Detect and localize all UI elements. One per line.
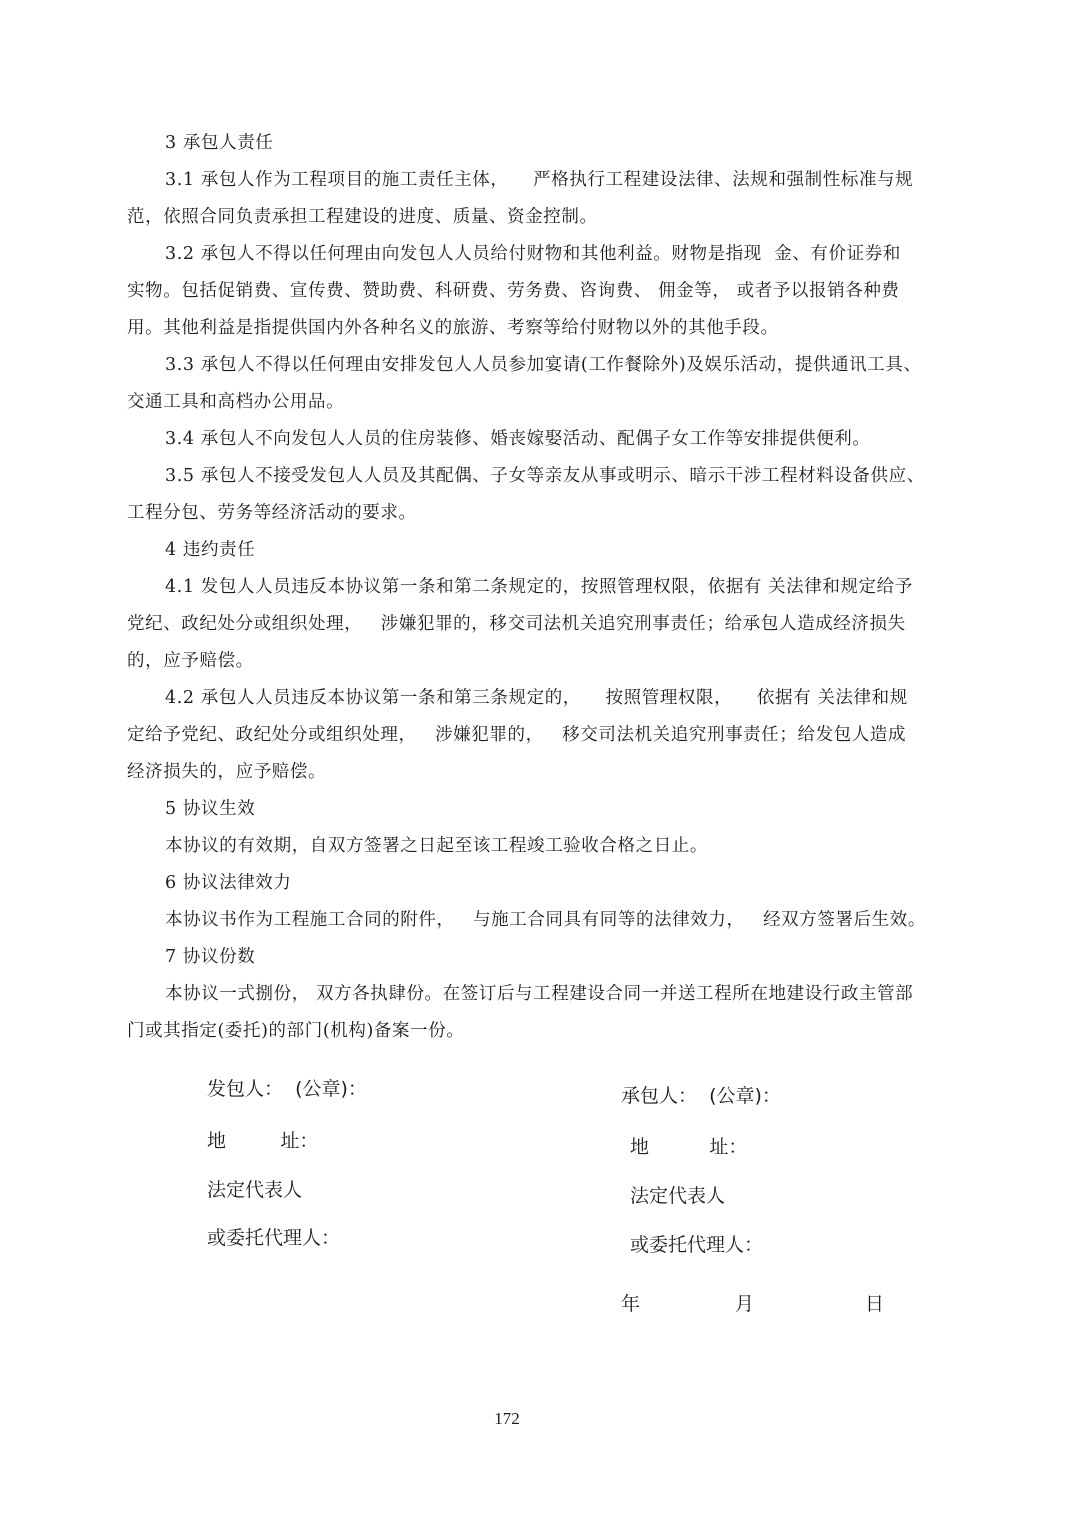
section-6-body: 本协议书作为工程施工合同的附件， 与施工合同具有同等的法律效力， 经双方签署后生… [165, 909, 926, 931]
section-7-line-2: 门或其指定(委托)的部门(机构)备案一份。 [127, 1020, 464, 1042]
section-heading-7: 7 协议份数 [165, 946, 255, 968]
clause-3-1-line-1: 3.1 承包人作为工程项目的施工责任主体， 严格执行工程建设法律、法规和强制性标… [165, 169, 913, 191]
contractor-seal-label: 承包人： (公章)： [621, 1084, 781, 1108]
date-month-label: 月 [735, 1292, 754, 1316]
section-heading-3: 3 承包人责任 [165, 132, 273, 154]
employer-seal-label: 发包人： (公章)： [207, 1077, 367, 1101]
clause-4-2-line-3: 经济损失的，应予赔偿。 [127, 761, 326, 783]
clause-4-1-line-3: 的，应予赔偿。 [127, 650, 254, 672]
employer-legal-rep-label: 法定代表人 [207, 1178, 302, 1202]
section-heading-4: 4 违约责任 [165, 539, 255, 561]
clause-3-1-line-2: 范，依照合同负责承担工程建设的进度、质量、资金控制。 [127, 206, 598, 228]
clause-3-2-line-3: 用。其他利益是指提供国内外各种名义的旅游、考察等给付财物以外的其他手段。 [127, 317, 779, 339]
contractor-address-label: 地 址： [630, 1135, 747, 1159]
page-number: 172 [0, 1409, 1014, 1429]
clause-4-1-line-2: 党纪、政纪处分或组织处理， 涉嫌犯罪的，移交司法机关追究刑事责任；给承包人造成经… [127, 613, 906, 635]
section-heading-5: 5 协议生效 [165, 798, 255, 820]
date-day-label: 日 [865, 1292, 884, 1316]
clause-3-5-line-1: 3.5 承包人不接受发包人人员及其配偶、子女等亲友从事或明示、暗示干涉工程材料设… [165, 465, 925, 487]
contractor-agent-label: 或委托代理人： [630, 1233, 763, 1257]
clause-4-2-line-2: 定给予党纪、政纪处分或组织处理， 涉嫌犯罪的， 移交司法机关追究刑事责任；给发包… [127, 724, 906, 746]
document-page: 3 承包人责任 3.1 承包人作为工程项目的施工责任主体， 严格执行工程建设法律… [0, 0, 1074, 1520]
clause-4-2-line-1: 4.2 承包人人员违反本协议第一条和第三条规定的， 按照管理权限， 依据有 关法… [165, 687, 908, 709]
clause-3-4-line-1: 3.4 承包人不向发包人人员的住房装修、婚丧嫁娶活动、配偶子女工作等安排提供便利… [165, 428, 871, 450]
contractor-legal-rep-label: 法定代表人 [630, 1184, 725, 1208]
section-7-line-1: 本协议一式捌份， 双方各执肆份。在签订后与工程建设合同一并送工程所在地建设行政主… [165, 983, 913, 1005]
clause-3-3-line-1: 3.3 承包人不得以任何理由安排发包人人员参加宴请(工作餐除外)及娱乐活动，提供… [165, 354, 922, 376]
clause-3-2-line-1: 3.2 承包人不得以任何理由向发包人人员给付财物和其他利益。财物是指现 金、有价… [165, 243, 901, 265]
clause-4-1-line-1: 4.1 发包人人员违反本协议第一条和第二条规定的，按照管理权限，依据有 关法律和… [165, 576, 913, 598]
date-year-label: 年 [621, 1292, 640, 1316]
clause-3-2-line-2: 实物。包括促销费、宣传费、赞助费、科研费、劳务费、咨询费、 佣金等， 或者予以报… [127, 280, 900, 302]
section-5-body: 本协议的有效期，自双方签署之日起至该工程竣工验收合格之日止。 [165, 835, 708, 857]
section-heading-6: 6 协议法律效力 [165, 872, 292, 894]
clause-3-3-line-2: 交通工具和高档办公用品。 [127, 391, 344, 413]
clause-3-5-line-2: 工程分包、劳务等经济活动的要求。 [127, 502, 417, 524]
employer-address-label: 地 址： [207, 1129, 318, 1153]
employer-agent-label: 或委托代理人： [207, 1226, 340, 1250]
